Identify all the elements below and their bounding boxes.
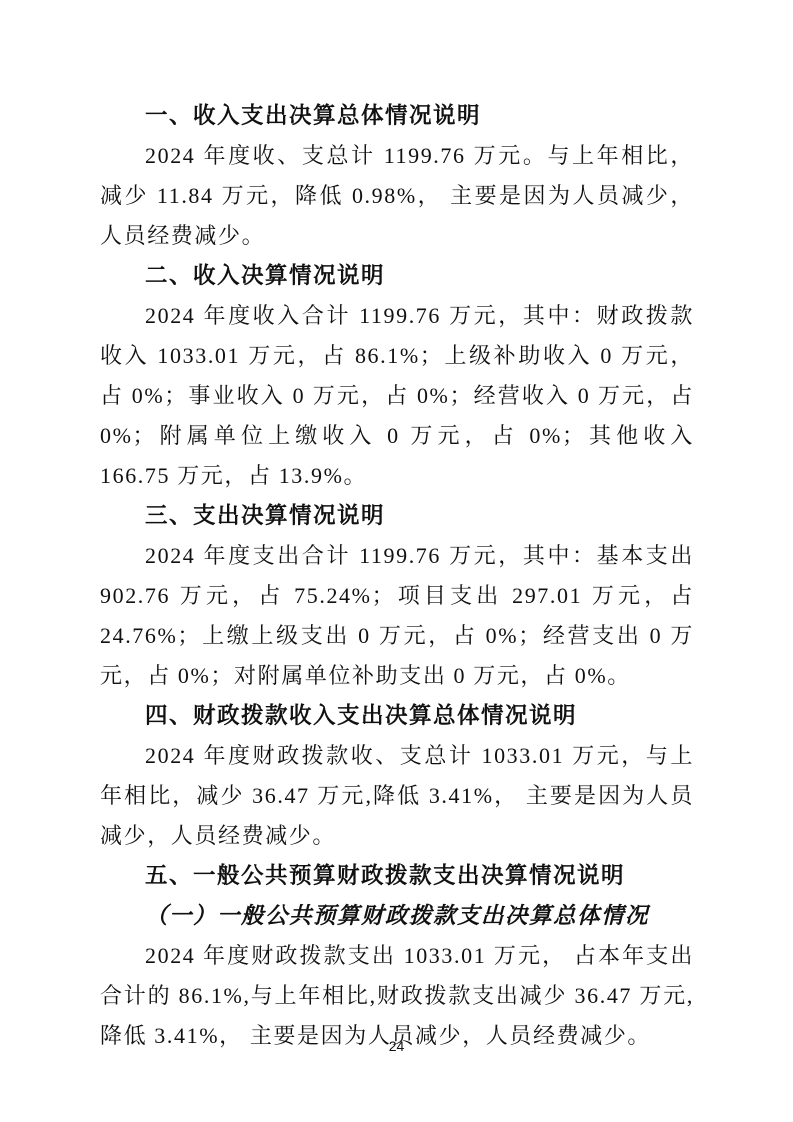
section-2-heading: 二、收入决算情况说明 xyxy=(100,256,694,296)
document-content: 一、收入支出决算总体情况说明2024 年度收、支总计 1199.76 万元。与上… xyxy=(100,96,694,1056)
section-5-heading: 五、一般公共预算财政拨款支出决算情况说明 xyxy=(100,856,694,896)
section-2-paragraph: 2024 年度收入合计 1199.76 万元，其中：财政拨款收入 1033.01… xyxy=(100,296,694,496)
section-4-heading: 四、财政拨款收入支出决算总体情况说明 xyxy=(100,696,694,736)
section-5-1-subheading: （一）一般公共预算财政拨款支出决算总体情况 xyxy=(100,896,694,936)
section-3-paragraph: 2024 年度支出合计 1199.76 万元，其中：基本支出 902.76 万元… xyxy=(100,536,694,696)
page-footer: 24 xyxy=(0,1038,793,1056)
section-1-heading: 一、收入支出决算总体情况说明 xyxy=(100,96,694,136)
section-4-paragraph: 2024 年度财政拨款收、支总计 1033.01 万元，与上年相比，减少 36.… xyxy=(100,736,694,856)
section-1-paragraph: 2024 年度收、支总计 1199.76 万元。与上年相比，减少 11.84 万… xyxy=(100,136,694,256)
page-number: 24 xyxy=(389,1038,405,1054)
document-page: 一、收入支出决算总体情况说明2024 年度收、支总计 1199.76 万元。与上… xyxy=(0,0,793,1122)
section-3-heading: 三、支出决算情况说明 xyxy=(100,496,694,536)
